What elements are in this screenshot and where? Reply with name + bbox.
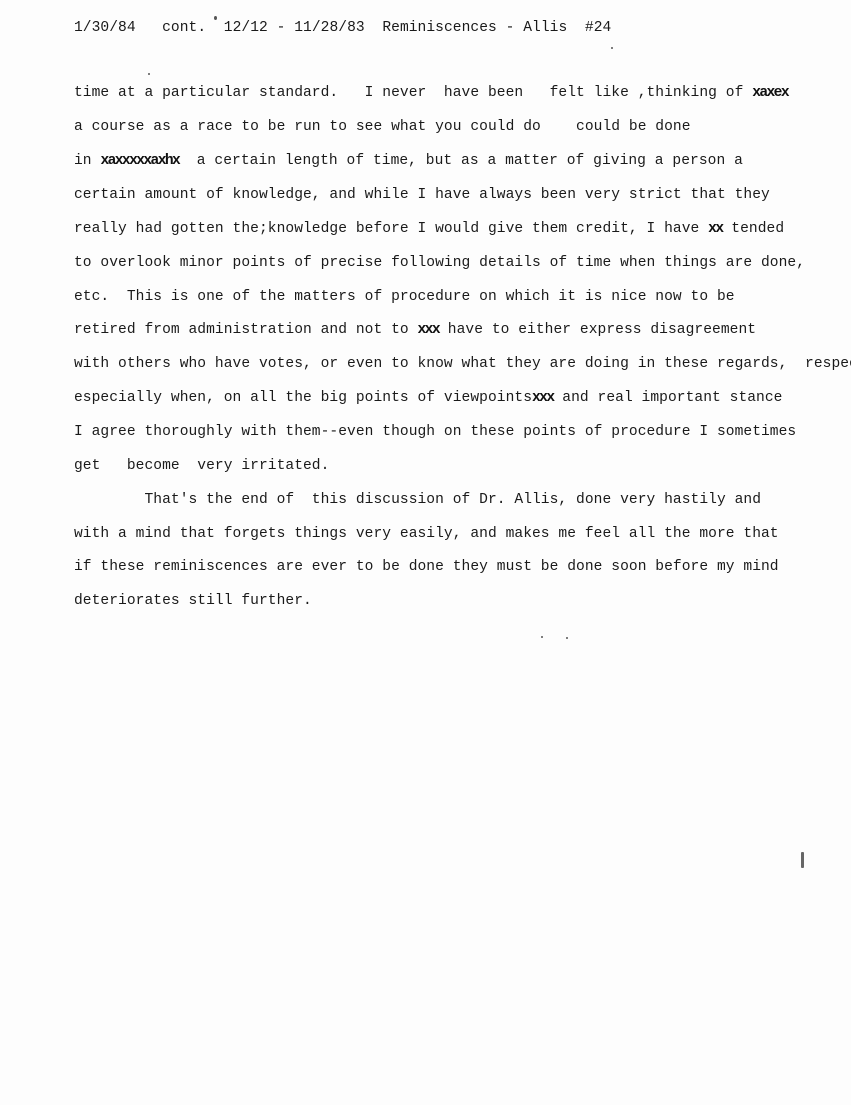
body-line: get become very irritated. [74,457,329,475]
body-line: really had gotten the;knowledge before I… [74,220,784,238]
page-header: 1/30/84 cont. 12/12 - 11/28/83 Reminisce… [74,19,611,37]
body-line: a course as a race to be run to see what… [74,118,691,136]
body-line: That's the end of this discussion of Dr.… [74,491,761,509]
body-line: to overlook minor points of precise foll… [74,254,805,272]
body-line: I agree thoroughly with them--even thoug… [74,423,796,441]
struck-text: xaxex [752,85,788,101]
header-continuation: cont. [162,20,206,36]
header-date-range: 12/12 - 11/28/83 [224,20,365,36]
document-page: 1/30/84 cont. 12/12 - 11/28/83 Reminisce… [0,0,851,1105]
body-line: certain amount of knowledge, and while I… [74,186,770,204]
scan-speck [566,637,568,639]
body-line: in xaxxxxxaxhx a certain length of time,… [74,152,743,170]
struck-text: xx [708,221,722,237]
scan-mark [801,852,804,868]
body-line: etc. This is one of the matters of proce… [74,288,735,306]
header-title: Reminiscences - Allis [382,20,567,36]
header-date: 1/30/84 [74,20,136,36]
scan-speck [541,636,543,638]
struck-text: xaxxxxxaxhx [100,153,179,169]
scan-speck [214,16,217,20]
header-page-number: #24 [585,20,611,36]
body-line: if these reminiscences are ever to be do… [74,558,779,576]
body-line: time at a particular standard. I never h… [74,84,788,102]
struck-text: xxx [418,322,439,338]
scan-speck [611,47,613,49]
body-line: deteriorates still further. [74,592,312,610]
body-line: with others who have votes, or even to k… [74,355,851,373]
scan-speck [148,73,150,75]
body-line: especially when, on all the big points o… [74,389,782,407]
struck-text: xxx [532,390,553,406]
body-line: with a mind that forgets things very eas… [74,525,779,543]
body-line: retired from administration and not to x… [74,321,756,339]
